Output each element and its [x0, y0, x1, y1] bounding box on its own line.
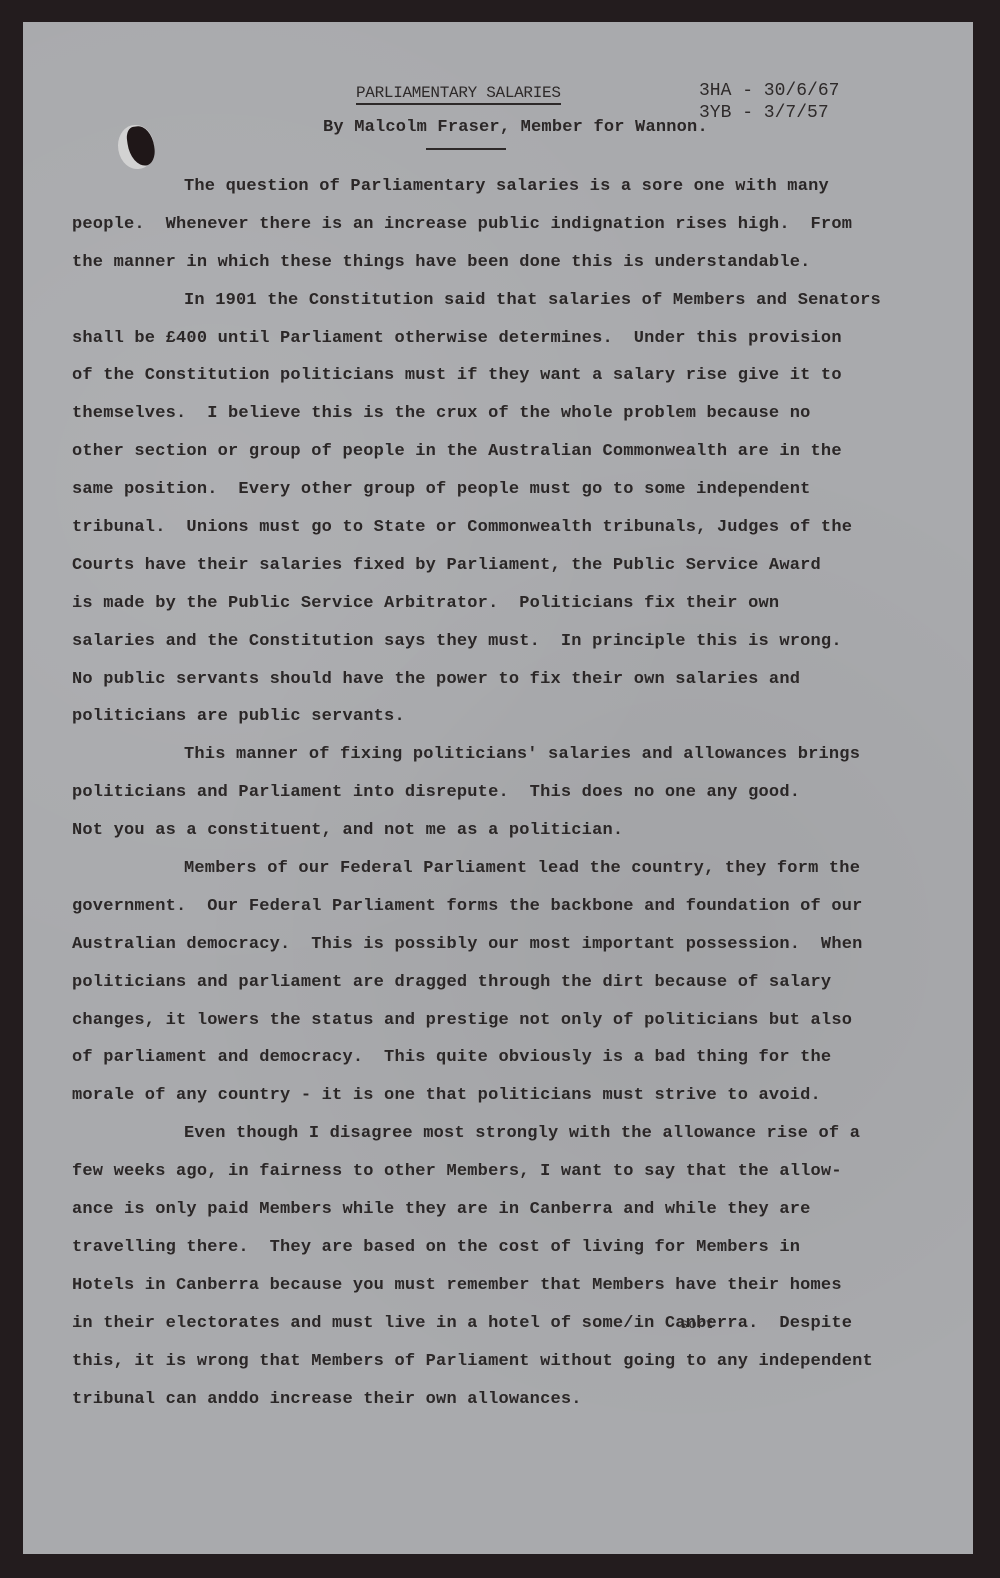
paragraph-5-line: this, it is wrong that Members of Parlia… [72, 1343, 957, 1381]
paragraph-5-line: ance is only paid Members while they are… [72, 1191, 957, 1229]
paragraph-5-line: in their electorates and must live in a … [72, 1305, 957, 1343]
paragraph-4-line: Australian democracy. This is possibly o… [72, 926, 957, 964]
paragraph-3-line: Not you as a constituent, and not me as … [72, 812, 957, 850]
paragraph-5-line: travelling there. They are based on the … [72, 1229, 957, 1267]
paragraph-2-line: politicians are public servants. [72, 698, 957, 736]
paragraph-1-line: the manner in which these things have be… [72, 244, 957, 282]
paragraph-4-line: government. Our Federal Parliament forms… [72, 888, 957, 926]
punch-hole [118, 125, 154, 169]
paragraph-4-line: politicians and parliament are dragged t… [72, 964, 957, 1002]
paragraph-2-line: Courts have their salaries fixed by Parl… [72, 547, 957, 585]
handwritten-insertion: sort [680, 1317, 714, 1333]
paragraph-1-line: people. Whenever there is an increase pu… [72, 206, 957, 244]
document-body: The question of Parliamentary salaries i… [72, 168, 957, 1418]
paragraph-2-line: tribunal. Unions must go to State or Com… [72, 509, 957, 547]
paragraph-5-line: Even though I disagree most strongly wit… [72, 1115, 957, 1153]
paragraph-4-line: of parliament and democracy. This quite … [72, 1039, 957, 1077]
reference-line: 3YB - 3/7/57 [699, 102, 839, 124]
paragraph-4-line: morale of any country - it is one that p… [72, 1077, 957, 1115]
paragraph-5-line: Hotels in Canberra because you must reme… [72, 1267, 957, 1305]
paragraph-2-line: same position. Every other group of peop… [72, 471, 957, 509]
paragraph-2-line: of the Constitution politicians must if … [72, 357, 957, 395]
paragraph-4-line: changes, it lowers the status and presti… [72, 1002, 957, 1040]
paragraph-5-line: tribunal can anddo increase their own al… [72, 1381, 957, 1419]
byline: By Malcolm Fraser, Member for Wannon. [323, 118, 708, 137]
paragraph-2-line: shall be £400 until Parliament otherwise… [72, 320, 957, 358]
paragraph-3-line: politicians and Parliament into disreput… [72, 774, 957, 812]
broadcast-references: 3HA - 30/6/67 3YB - 3/7/57 [699, 80, 839, 124]
document-title: PARLIAMENTARY SALARIES [356, 84, 561, 105]
paragraph-4-line: Members of our Federal Parliament lead t… [72, 850, 957, 888]
reference-line: 3HA - 30/6/67 [699, 80, 839, 102]
paragraph-2-line: No public servants should have the power… [72, 661, 957, 699]
paragraph-2-line: other section or group of people in the … [72, 433, 957, 471]
paragraph-3-line: This manner of fixing politicians' salar… [72, 736, 957, 774]
paragraph-2-line: In 1901 the Constitution said that salar… [72, 282, 957, 320]
divider-rule [426, 148, 506, 150]
paragraph-2-line: themselves. I believe this is the crux o… [72, 395, 957, 433]
paragraph-2-line: salaries and the Constitution says they … [72, 623, 957, 661]
paragraph-2-line: is made by the Public Service Arbitrator… [72, 585, 957, 623]
paragraph-1-line: The question of Parliamentary salaries i… [72, 168, 957, 206]
paragraph-5-line: few weeks ago, in fairness to other Memb… [72, 1153, 957, 1191]
